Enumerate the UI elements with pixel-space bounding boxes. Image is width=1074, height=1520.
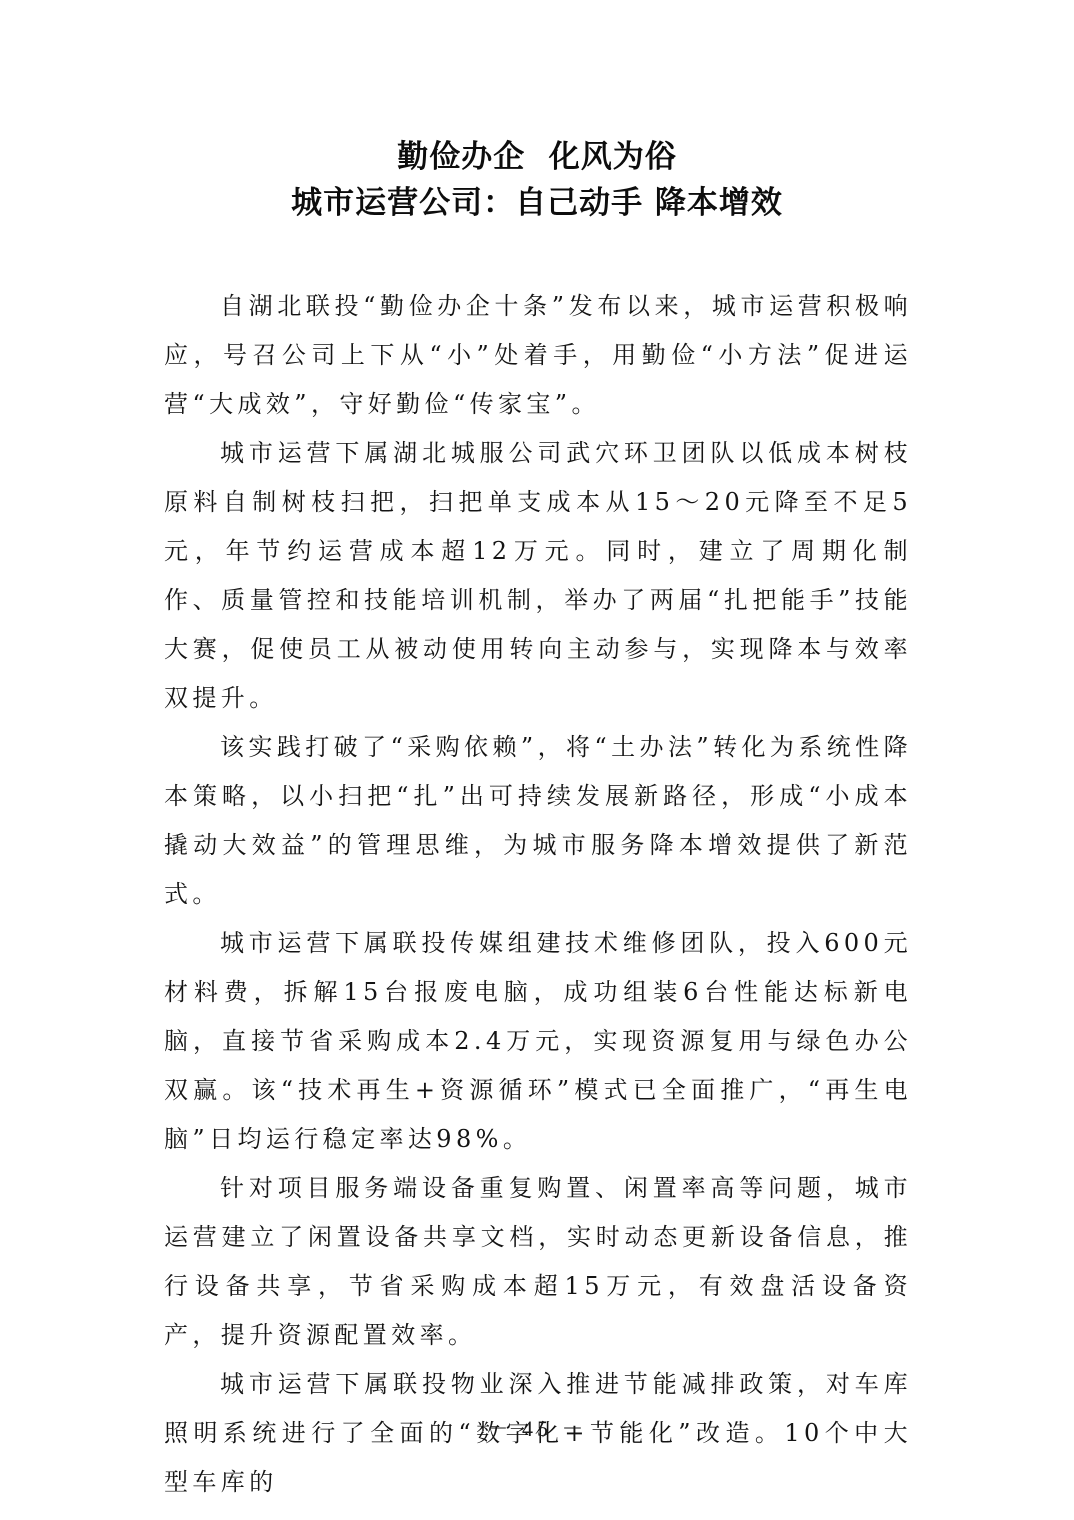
paragraph-broom: 城市运营下属湖北城服公司武穴环卫团队以低成本树枝原料自制树枝扫把，扫把单支成本从… <box>164 429 912 723</box>
title-line-1: 勤俭办企 化风为俗 <box>0 134 1074 180</box>
page-number: － 45 － <box>0 1412 1074 1443</box>
title-line-2: 城市运营公司：自己动手 降本增效 <box>0 180 1074 226</box>
paragraph-equipment-sharing: 针对项目服务端设备重复购置、闲置率高等问题，城市运营建立了闲置设备共享文档，实时… <box>164 1164 912 1360</box>
article-title: 勤俭办企 化风为俗 城市运营公司：自己动手 降本增效 <box>0 134 1074 226</box>
paragraph-practice: 该实践打破了“采购依赖”，将“土办法”转化为系统性降本策略，以小扫把“扎”出可持… <box>164 723 912 919</box>
paragraph-intro: 自湖北联投“勤俭办企十条”发布以来，城市运营积极响应，号召公司上下从“小”处着手… <box>164 282 912 429</box>
paragraph-computers: 城市运营下属联投传媒组建技术维修团队，投入600元材料费，拆解15台报废电脑，成… <box>164 919 912 1164</box>
article-body: 自湖北联投“勤俭办企十条”发布以来，城市运营积极响应，号召公司上下从“小”处着手… <box>164 282 912 1507</box>
document-page: 勤俭办企 化风为俗 城市运营公司：自己动手 降本增效 自湖北联投“勤俭办企十条”… <box>0 0 1074 1520</box>
